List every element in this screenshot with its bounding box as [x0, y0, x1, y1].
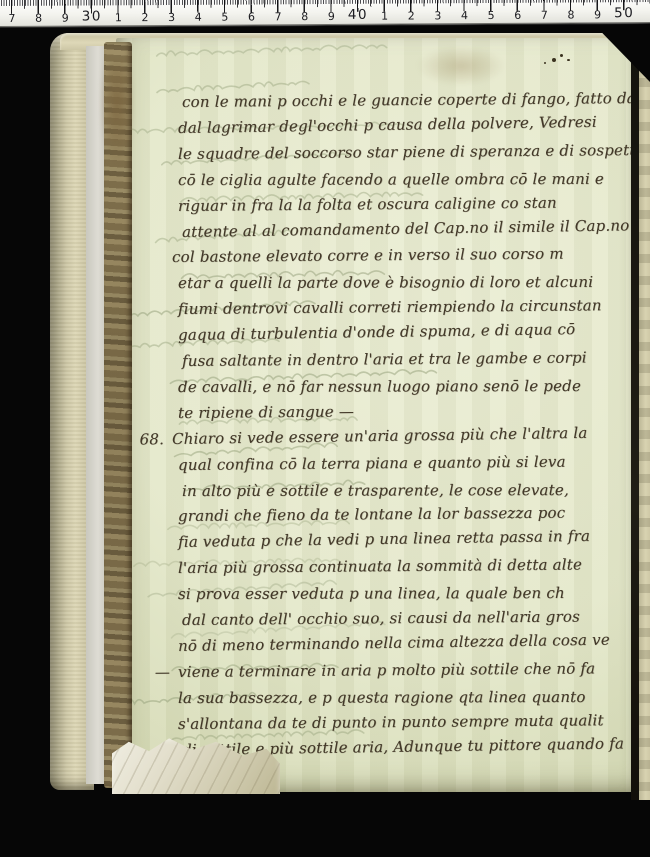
manuscript-line: con le mani p occhi e le guancie coperte…: [182, 89, 635, 111]
next-page-edge: [639, 56, 650, 800]
manuscript-line-text: le squadre del soccorso star piene di sp…: [178, 141, 635, 163]
manuscript-line-text: col bastone elevato corre e in verso il …: [172, 245, 564, 266]
manuscript-page: con le mani p occhi e le guancie coperte…: [116, 38, 635, 792]
ruler-number: 8: [301, 10, 308, 23]
ruler-number: 8: [35, 12, 42, 25]
margin-mark: —: [126, 663, 170, 681]
manuscript-line: dal lagrimar degl'occhi p causa della po…: [178, 113, 597, 137]
ruler-number: 5: [221, 11, 228, 24]
manuscript-line: gaqua di turbulentia d'onde di spuma, e …: [178, 320, 576, 344]
manuscript-line: nō di meno terminando nella cima altezza…: [178, 630, 610, 654]
manuscript-line-text: riguar in fra la la folta et oscura cali…: [178, 193, 557, 214]
manuscript-line: s'allontana da te di punto in punto semp…: [178, 711, 604, 733]
ruler-number: 2: [408, 9, 415, 22]
manuscript-line: fusa saltante in dentro l'aria et tra le…: [182, 348, 587, 370]
manuscript-line-text: con le mani p occhi e le guancie coperte…: [182, 89, 635, 111]
manuscript-line-text: l'aria più grossa continuata la sommità …: [178, 556, 582, 578]
binding-tear: [104, 42, 132, 788]
ruler-number: 40: [348, 7, 368, 23]
manuscript-line: etar a quelli la parte dove è bisognio d…: [178, 273, 593, 292]
manuscript-line: col bastone elevato corre e in verso il …: [172, 245, 564, 266]
manuscript-line-text: in alto più e sottile e trasparente, le …: [182, 480, 569, 499]
manuscript-line-text: grandi che fieno da te lontane la lor ba…: [178, 504, 565, 525]
manuscript-photo: con le mani p occhi e le guancie coperte…: [0, 0, 650, 857]
ruler-number: 9: [594, 8, 601, 21]
manuscript-line-text: fia veduta p che la vedi p una linea ret…: [178, 527, 590, 551]
ruler-number: 3: [168, 11, 175, 24]
manuscript-line-text: fusa saltante in dentro l'aria et tra le…: [182, 348, 587, 370]
manuscript-line: dal canto dell' occhio suo, si causi da …: [182, 608, 580, 629]
manuscript-line: si prova esser veduta p una linea, la qu…: [178, 584, 565, 603]
manuscript-line: le squadre del soccorso star piene di sp…: [178, 141, 635, 163]
manuscript-line-text: fiumi dentrovi cavalli correti riempiend…: [178, 296, 602, 318]
manuscript-line: cō le ciglia agulte facendo a quelle omb…: [178, 170, 604, 189]
manuscript-line: attente al al comandamento del Cap.no il…: [182, 216, 630, 241]
manuscript-line: qual confina cō la terra piana e quanto …: [178, 452, 566, 473]
manuscript-line: de cavalli, e nō far nessun luogo piano …: [178, 377, 581, 396]
ruler-number: 9: [62, 12, 69, 25]
manuscript-line-text: nō di meno terminando nella cima altezza…: [178, 630, 610, 654]
manuscript-line-text: la sua bassezza, e p questa ragione qta …: [178, 688, 586, 707]
manuscript-line-text: attente al al comandamento del Cap.no il…: [182, 216, 630, 241]
manuscript-line-text: si prova esser veduta p una linea, la qu…: [178, 584, 565, 603]
manuscript-line: riguar in fra la la folta et oscura cali…: [178, 193, 557, 214]
text-block: con le mani p occhi e le guancie coperte…: [116, 38, 635, 792]
manuscript-line: l'aria più grossa continuata la sommità …: [178, 556, 582, 578]
ruler-number: 6: [248, 10, 255, 23]
manuscript-line-text: dal lagrimar degl'occhi p causa della po…: [178, 113, 597, 137]
ruler-number: 6: [514, 9, 521, 22]
manuscript-line-text: s'allontana da te di punto in punto semp…: [178, 711, 604, 733]
page-gutter-shadow: [631, 52, 639, 800]
manuscript-line: fia veduta p che la vedi p una linea ret…: [178, 527, 590, 551]
manuscript-line: te ripiene di sangue —: [178, 402, 354, 422]
ruler-number: 1: [381, 10, 388, 23]
manuscript-line-text: cō le ciglia agulte facendo a quelle omb…: [178, 170, 604, 189]
manuscript-line: 68.Chiaro si vede essere un'aria grossa …: [172, 424, 588, 448]
ruler-number: 7: [275, 10, 282, 23]
manuscript-line-text: dal canto dell' occhio suo, si causi da …: [182, 608, 580, 629]
ruler-number: 1: [115, 11, 122, 24]
manuscript-line: —viene a terminare in aria p molto più s…: [178, 659, 595, 681]
ruler-number: 5: [488, 9, 495, 22]
manuscript-line: grandi che fieno da te lontane la lor ba…: [178, 504, 565, 525]
manuscript-line-text: qual confina cō la terra piana e quanto …: [178, 452, 566, 473]
ruler-number: 7: [8, 12, 15, 25]
ruler-number: 3: [434, 9, 441, 22]
ruler-number: 50: [614, 5, 634, 21]
manuscript-line-text: de cavalli, e nō far nessun luogo piano …: [178, 377, 581, 396]
manuscript-line: in alto più e sottile e trasparente, le …: [182, 480, 569, 499]
manuscript-line-text: te ripiene di sangue —: [178, 402, 354, 422]
manuscript-line-text: gaqua di turbulentia d'onde di spuma, e …: [178, 320, 576, 344]
ruler-number: 2: [141, 11, 148, 24]
manuscript-line-text: etar a quelli la parte dove è bisognio d…: [178, 273, 593, 292]
ruler-number: 4: [461, 9, 468, 22]
ruler-number: 7: [541, 9, 548, 22]
manuscript-line-text: viene a terminare in aria p molto più so…: [178, 659, 595, 681]
ruler-number: 8: [567, 8, 574, 21]
manuscript-line-text: Chiaro si vede essere un'aria grossa più…: [172, 424, 588, 448]
ruler-number: 30: [82, 8, 102, 24]
manuscript-line: fiumi dentrovi cavalli correti riempiend…: [178, 296, 602, 318]
ruler: 789301234567894012345678950: [0, 0, 650, 27]
ruler-number: 4: [195, 11, 202, 24]
ruler-number: 9: [328, 10, 335, 23]
manuscript-line: la sua bassezza, e p questa ragione qta …: [178, 688, 586, 707]
